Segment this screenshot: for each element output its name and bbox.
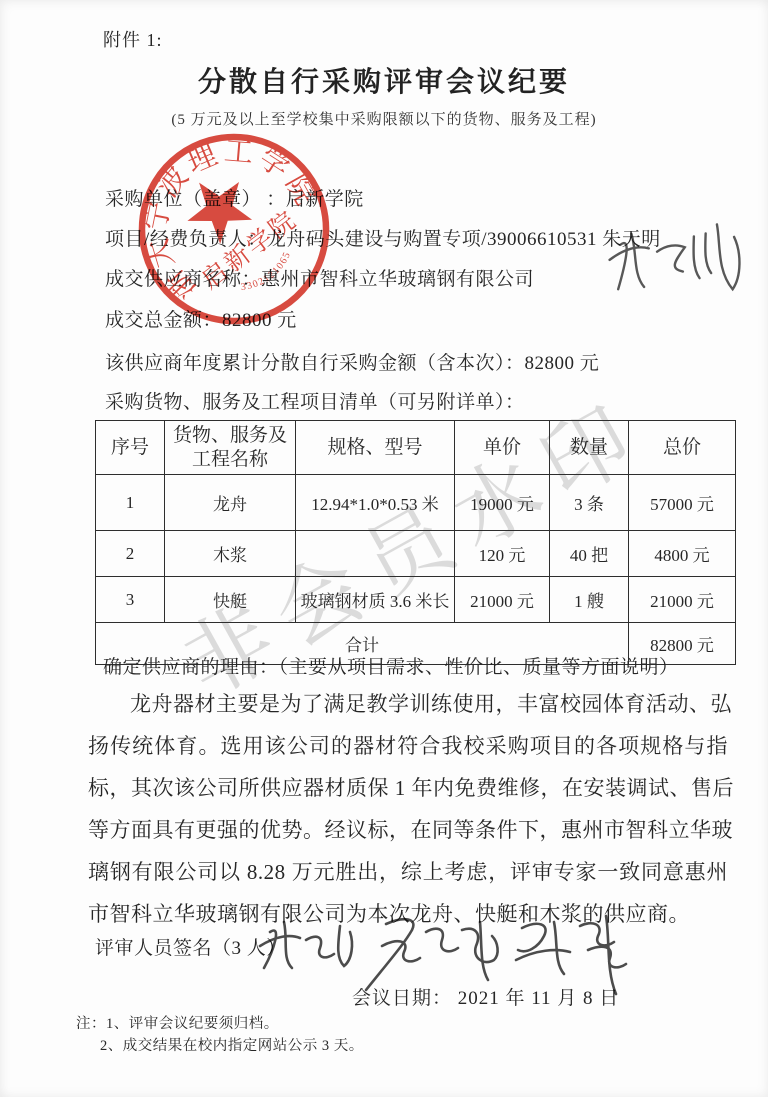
- header-total-price: 总价: [629, 421, 736, 475]
- cell-item-name: 木浆: [165, 531, 296, 577]
- header-spec: 规格、型号: [296, 421, 455, 475]
- handwritten-signature-top: [598, 208, 756, 316]
- cell-spec: 玻璃钢材质 3.6 米长: [296, 577, 455, 623]
- cell-spec: 12.94*1.0*0.53 米: [296, 475, 455, 531]
- reason-line: 璃钢有限公司以 8.28 万元胜出，综上考虑，评审专家一致同意惠州: [88, 851, 728, 893]
- cell-item-name: 龙舟: [165, 475, 296, 531]
- footnote-1: 注：1、评审会议纪要须归档。: [76, 1012, 279, 1033]
- reason-line: 扬传统体育。选用该公司的器材符合我校采购项目的各项规格与指: [88, 725, 728, 767]
- cell-item-name: 快艇: [165, 577, 296, 623]
- cell-total-price: 21000 元: [629, 577, 736, 623]
- reason-heading: 确定供应商的理由：（主要从项目需求、性价比、质量等方面说明）: [103, 652, 679, 679]
- cell-quantity: 1 艘: [550, 577, 629, 623]
- cell-total-price: 57000 元: [629, 475, 736, 531]
- cell-seq: 1: [96, 475, 165, 531]
- handwritten-signatures-row: [254, 902, 654, 1002]
- reason-line: 等方面具有更强的优势。经议标，在同等条件下，惠州市智科立华玻: [88, 809, 728, 851]
- footnote-2: 2、成交结果在校内指定网站公示 3 天。: [100, 1034, 364, 1055]
- procurement-items-table: 序号 货物、服务及 工程名称 规格、型号 单价 数量 总价 1 龙舟 12.94…: [95, 420, 736, 665]
- table-row: 2 木浆 120 元 40 把 4800 元: [96, 531, 736, 577]
- table-row: 1 龙舟 12.94*1.0*0.53 米 19000 元 3 条 57000 …: [96, 475, 736, 531]
- header-seq: 序号: [96, 421, 165, 475]
- cell-unit-price: 120 元: [455, 531, 550, 577]
- cell-quantity: 40 把: [550, 531, 629, 577]
- cell-quantity: 3 条: [550, 475, 629, 531]
- header-unit-price: 单价: [455, 421, 550, 475]
- header-quantity: 数量: [550, 421, 629, 475]
- cell-seq: 2: [96, 531, 165, 577]
- reason-line: 龙舟器材主要是为了满足教学训练使用，丰富校园体育活动、弘: [88, 683, 728, 725]
- reason-line: 标，其次该公司所供应器材质保 1 年内免费维修，在安装调试、售后: [88, 767, 728, 809]
- table-header-row: 序号 货物、服务及 工程名称 规格、型号 单价 数量 总价: [96, 421, 736, 475]
- header-item-name: 货物、服务及 工程名称: [165, 421, 296, 475]
- cell-unit-price: 19000 元: [455, 475, 550, 531]
- official-seal-stamp: 浙大宁波理工学院 启新学院 3302121065: [104, 99, 364, 359]
- table-row: 3 快艇 玻璃钢材质 3.6 米长 21000 元 1 艘 21000 元: [96, 577, 736, 623]
- reason-paragraph: 龙舟器材主要是为了满足教学训练使用，丰富校园体育活动、弘 扬传统体育。选用该公司…: [88, 683, 728, 935]
- page-title: 分散自行采购评审会议纪要: [0, 60, 768, 100]
- cell-seq: 3: [96, 577, 165, 623]
- attachment-label: 附件 1:: [103, 26, 163, 52]
- cell-unit-price: 21000 元: [455, 577, 550, 623]
- cell-spec: [296, 531, 455, 577]
- field-item-list-label: 采购货物、服务及工程项目清单（可另附详单）：: [105, 387, 525, 414]
- scanned-document-page: 非会员水印 附件 1: 分散自行采购评审会议纪要 (5 万元及以上至学校集中采购…: [0, 0, 768, 1097]
- cell-total-price: 4800 元: [629, 531, 736, 577]
